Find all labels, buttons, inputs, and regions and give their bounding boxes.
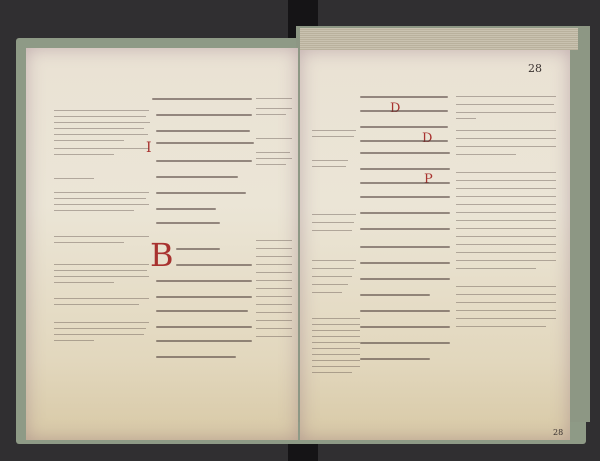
- gloss-line: [312, 366, 360, 367]
- gloss-line: [312, 324, 360, 325]
- gloss-line: [456, 228, 556, 229]
- gloss-line: [312, 222, 354, 223]
- gloss-line: [54, 328, 146, 329]
- text-line: [360, 310, 450, 312]
- text-line: [176, 264, 252, 266]
- text-line: [156, 310, 248, 312]
- text-line: [360, 342, 450, 344]
- gloss-line: [54, 198, 146, 199]
- text-line: [156, 326, 252, 328]
- gloss-line: [256, 164, 286, 165]
- gloss-line: [54, 270, 147, 271]
- gloss-line: [312, 348, 360, 349]
- gloss-line: [456, 318, 556, 319]
- text-line: [176, 248, 220, 250]
- text-line: [156, 280, 252, 282]
- folio-number: 28: [528, 62, 542, 75]
- text-line: [360, 278, 450, 280]
- gloss-line: [456, 244, 556, 245]
- text-line: [360, 152, 450, 154]
- gloss-line: [456, 104, 554, 105]
- gloss-line: [312, 360, 360, 361]
- decorated-initial-p: P: [424, 172, 433, 187]
- text-line: [360, 212, 450, 214]
- gloss-line: [456, 138, 556, 139]
- gloss-line: [456, 286, 556, 287]
- right-page: [300, 50, 570, 440]
- gloss-line: [312, 330, 360, 331]
- gloss-line: [312, 214, 356, 215]
- text-line: [156, 142, 254, 144]
- text-line: [360, 246, 450, 248]
- gloss-line: [312, 336, 360, 337]
- gloss-line: [256, 328, 292, 329]
- gloss-line: [256, 158, 292, 159]
- gloss-line: [54, 282, 114, 283]
- text-line: [360, 228, 450, 230]
- gloss-line: [312, 136, 354, 137]
- text-line: [360, 294, 430, 296]
- decorated-initial-b: B: [150, 236, 174, 274]
- text-line: [360, 182, 450, 184]
- gloss-line: [312, 284, 348, 285]
- text-line: [156, 114, 252, 116]
- gloss-line: [256, 98, 292, 99]
- gloss-line: [54, 334, 144, 335]
- gloss-line: [256, 336, 292, 337]
- gloss-line: [54, 236, 149, 237]
- gloss-line: [312, 354, 360, 355]
- text-line: [156, 356, 236, 358]
- gloss-line: [54, 140, 124, 141]
- text-line: [360, 326, 450, 328]
- gloss-line: [54, 134, 148, 135]
- gloss-line: [312, 372, 352, 373]
- gloss-line: [312, 166, 346, 167]
- gloss-line: [456, 96, 556, 97]
- gloss-line: [456, 252, 556, 253]
- gloss-line: [456, 294, 556, 295]
- gloss-line: [256, 248, 292, 249]
- text-line: [360, 168, 450, 170]
- gloss-line: [312, 230, 352, 231]
- gloss-line: [256, 108, 292, 109]
- gloss-line: [312, 276, 352, 277]
- gloss-line: [54, 304, 139, 305]
- text-line: [360, 140, 448, 142]
- gloss-line: [312, 318, 360, 319]
- gloss-line: [54, 242, 124, 243]
- gloss-line: [256, 264, 292, 265]
- gloss-line: [312, 160, 348, 161]
- gloss-line: [456, 154, 516, 155]
- text-line: [156, 160, 252, 162]
- gloss-line: [256, 304, 292, 305]
- gloss-line: [54, 154, 114, 155]
- gloss-line: [456, 220, 556, 221]
- gloss-line: [256, 114, 286, 115]
- gloss-line: [312, 268, 354, 269]
- folio-number-bottom: 28: [553, 428, 563, 437]
- text-line: [360, 262, 450, 264]
- gloss-line: [256, 320, 292, 321]
- gloss-line: [54, 322, 149, 323]
- gloss-line: [456, 196, 556, 197]
- gloss-line: [312, 260, 356, 261]
- text-line: [360, 196, 450, 198]
- gloss-line: [312, 342, 360, 343]
- gloss-line: [256, 138, 292, 139]
- gloss-line: [456, 236, 556, 237]
- text-line: [156, 340, 252, 342]
- decorated-initial-d2: D: [422, 131, 432, 146]
- gloss-line: [54, 110, 149, 111]
- gloss-line: [54, 122, 150, 123]
- text-line: [360, 110, 448, 112]
- gloss-line: [54, 210, 134, 211]
- gloss-line: [256, 288, 292, 289]
- gloss-line: [54, 178, 94, 179]
- gloss-line: [54, 148, 149, 149]
- gloss-line: [456, 310, 556, 311]
- gloss-line: [256, 296, 292, 297]
- gloss-line: [456, 180, 556, 181]
- gloss-line: [54, 276, 149, 277]
- text-line: [360, 126, 448, 128]
- text-line: [156, 192, 246, 194]
- text-line: [156, 130, 250, 132]
- gloss-line: [456, 188, 556, 189]
- gloss-line: [456, 212, 556, 213]
- page-edges: [300, 28, 578, 50]
- text-line: [156, 296, 252, 298]
- gloss-line: [256, 256, 292, 257]
- gloss-line: [256, 152, 290, 153]
- gloss-line: [456, 204, 556, 205]
- text-line: [360, 358, 430, 360]
- gloss-line: [456, 146, 556, 147]
- gloss-line: [256, 240, 292, 241]
- gloss-line: [54, 264, 149, 265]
- gloss-line: [54, 298, 149, 299]
- gloss-line: [256, 272, 292, 273]
- text-line: [156, 176, 238, 178]
- gloss-line: [312, 292, 342, 293]
- text-line: [156, 208, 216, 210]
- gloss-line: [456, 130, 556, 131]
- gloss-line: [54, 116, 146, 117]
- gloss-line: [456, 268, 536, 269]
- gloss-line: [54, 192, 149, 193]
- gloss-line: [256, 280, 292, 281]
- decorated-initial-d: D: [390, 101, 400, 116]
- text-line: [360, 96, 448, 98]
- gloss-line: [54, 128, 144, 129]
- gloss-line: [456, 326, 546, 327]
- gloss-line: [312, 130, 356, 131]
- gloss-line: [456, 172, 556, 173]
- text-line: [156, 222, 220, 224]
- gloss-line: [54, 204, 149, 205]
- gloss-line: [456, 112, 556, 113]
- gloss-line: [54, 340, 94, 341]
- gloss-line: [456, 302, 556, 303]
- text-line: [152, 98, 252, 100]
- gloss-line: [456, 260, 556, 261]
- gloss-line: [456, 118, 476, 119]
- gloss-line: [256, 312, 292, 313]
